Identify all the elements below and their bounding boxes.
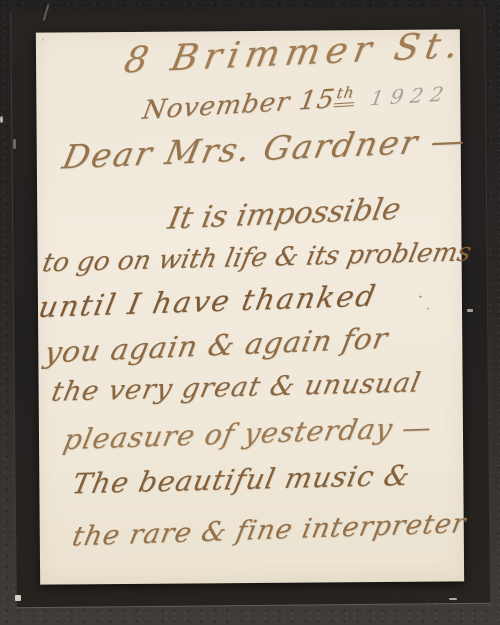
scuff-mark	[449, 598, 457, 600]
body-line-5: the very great & unusual	[49, 367, 424, 407]
date-main: November 15	[140, 84, 337, 125]
pencil-year: 1922	[369, 81, 453, 110]
body-line-4: you again & again for	[42, 321, 391, 370]
photograph-background: 8 Brimmer St. November 15th1922 Dear Mrs…	[0, 0, 500, 625]
board-edge-notch	[13, 139, 16, 149]
body-line-8: the rare & fine interpreter	[70, 508, 469, 552]
letter-page: 8 Brimmer St. November 15th1922 Dear Mrs…	[36, 29, 464, 584]
date-line: November 15th1922	[140, 77, 453, 125]
salutation-line: Dear Mrs. Gardner —	[59, 120, 471, 176]
ink-speck	[419, 296, 422, 298]
black-album-board: 8 Brimmer St. November 15th1922 Dear Mrs…	[10, 7, 491, 609]
scuff-mark	[467, 309, 473, 312]
ink-speck	[427, 308, 429, 310]
date-ordinal-suffix: th	[333, 83, 357, 107]
body-line-2: to go on with life & its problems	[40, 238, 474, 279]
board-corner-chip	[15, 595, 21, 601]
body-line-7: The beautiful music &	[69, 459, 413, 501]
body-line-1: It is impossible	[165, 192, 403, 237]
scuff-mark	[0, 116, 3, 123]
paper-speck	[42, 39, 44, 41]
body-line-3: until I have thanked	[36, 279, 380, 324]
body-line-6: pleasure of yesterday —	[61, 411, 435, 457]
address-line: 8 Brimmer St.	[121, 25, 468, 82]
